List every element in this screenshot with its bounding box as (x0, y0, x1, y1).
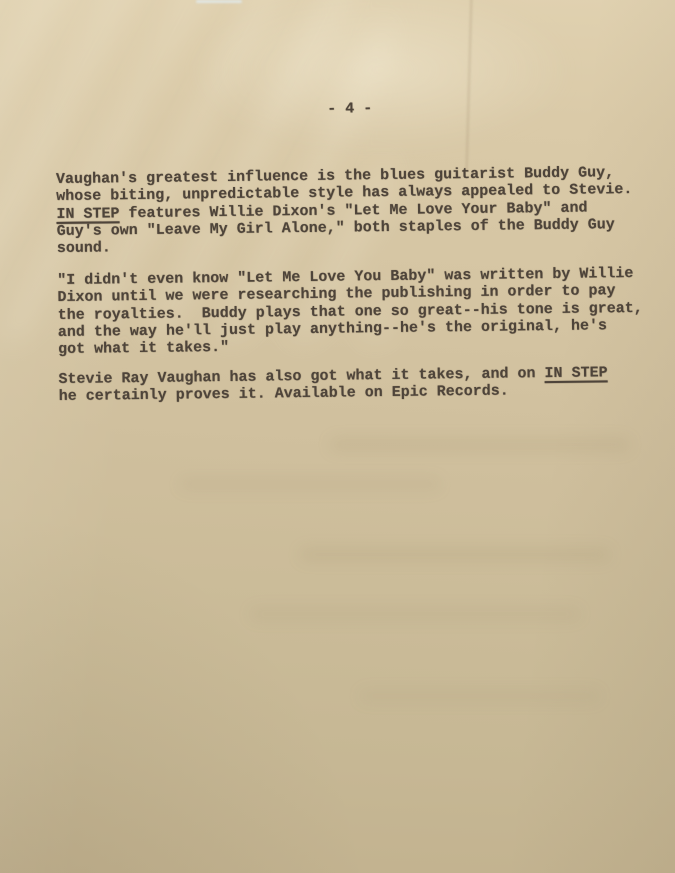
text-segment: got what it takes." (58, 339, 229, 358)
text-segment: Guy's (57, 222, 102, 240)
paragraph: Vaughan's greatest influence is the blue… (56, 164, 633, 258)
underlined-album-title: IN STEP (56, 205, 119, 223)
paragraph: "I didn't even know "Let Me Love You Bab… (57, 265, 643, 359)
typewritten-text-block: - 4 - Vaughan's greatest influence is th… (0, 0, 675, 873)
underlined-album-title: IN STEP (544, 364, 607, 382)
text-segment: sound. (57, 240, 111, 258)
paragraph: Stevie Ray Vaughan has also got what it … (58, 364, 607, 405)
page-number: - 4 - (12, 96, 675, 122)
